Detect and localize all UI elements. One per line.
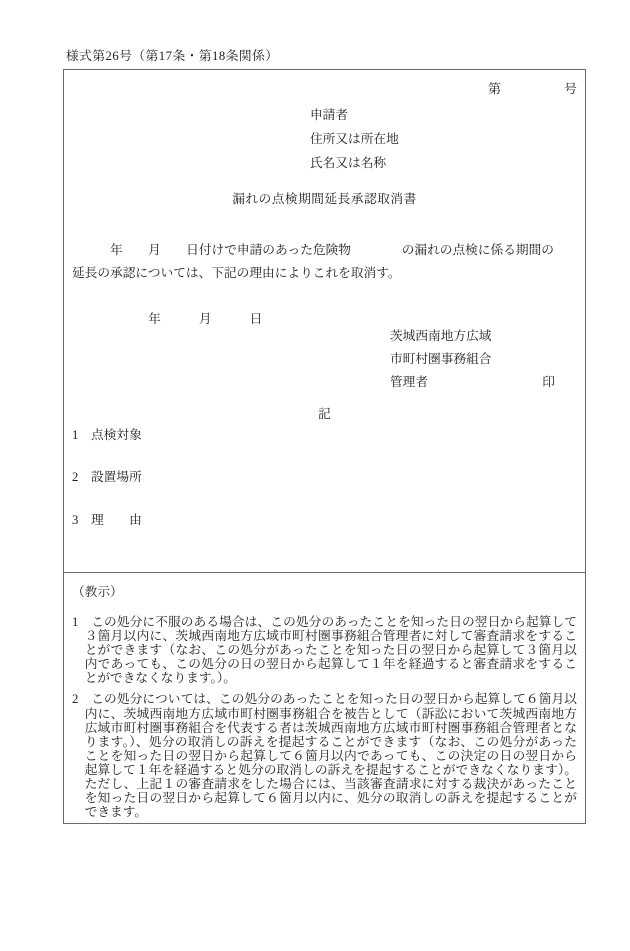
applicant-block: 申請者 住所又は所在地 氏名又は名称 — [310, 103, 577, 175]
item-installation-location: 2 設置場所 — [72, 469, 577, 486]
document-frame: 第 号 申請者 住所又は所在地 氏名又は名称 漏れの点検期間延長承認取消書 年 … — [63, 69, 586, 824]
item-reason: 3 理 由 — [72, 512, 577, 529]
issuer-org-line2: 市町村圏事務組合 — [390, 348, 577, 371]
applicant-address-label: 住所又は所在地 — [310, 127, 577, 151]
instruction-paragraph-lawsuit: 2 この処分については、この処分のあったことを知った日の翌日から起算して６箇月以… — [72, 692, 577, 819]
record-marker: 記 — [72, 406, 577, 423]
document-title: 漏れの点検期間延長承認取消書 — [72, 191, 577, 208]
applicant-label: 申請者 — [310, 103, 577, 127]
section-divider — [64, 572, 585, 573]
issuer-block: 茨城西南地方広域 市町村圏事務組合 管理者 印 — [390, 325, 577, 394]
issuer-org-line1: 茨城西南地方広域 — [390, 325, 577, 348]
instruction-heading: （教示） — [72, 584, 577, 601]
applicant-name-label: 氏名又は名称 — [310, 151, 577, 175]
item-inspection-target: 1 点検対象 — [72, 427, 577, 444]
document-page: { "page": { "form_label": "様式第26号（第17条・第… — [0, 48, 630, 951]
body-paragraph-line2: 延長の承認については、下記の理由によりこれを取消す。 — [72, 262, 577, 285]
body-paragraph: 年 月 日付けで申請のあった危険物 の漏れの点検に係る期間の 延長の承認について… — [72, 239, 577, 285]
body-paragraph-line1: 年 月 日付けで申請のあった危険物 の漏れの点検に係る期間の — [72, 239, 577, 262]
document-number-field: 第 号 — [72, 81, 577, 98]
instruction-paragraph-appeal-request: 1 この処分に不服のある場合は、この処分のあったことを知った日の翌日から起算して… — [72, 615, 577, 685]
form-number-label: 様式第26号（第17条・第18条関係） — [66, 48, 630, 65]
issuer-administrator-seal-line: 管理者 印 — [390, 371, 577, 394]
